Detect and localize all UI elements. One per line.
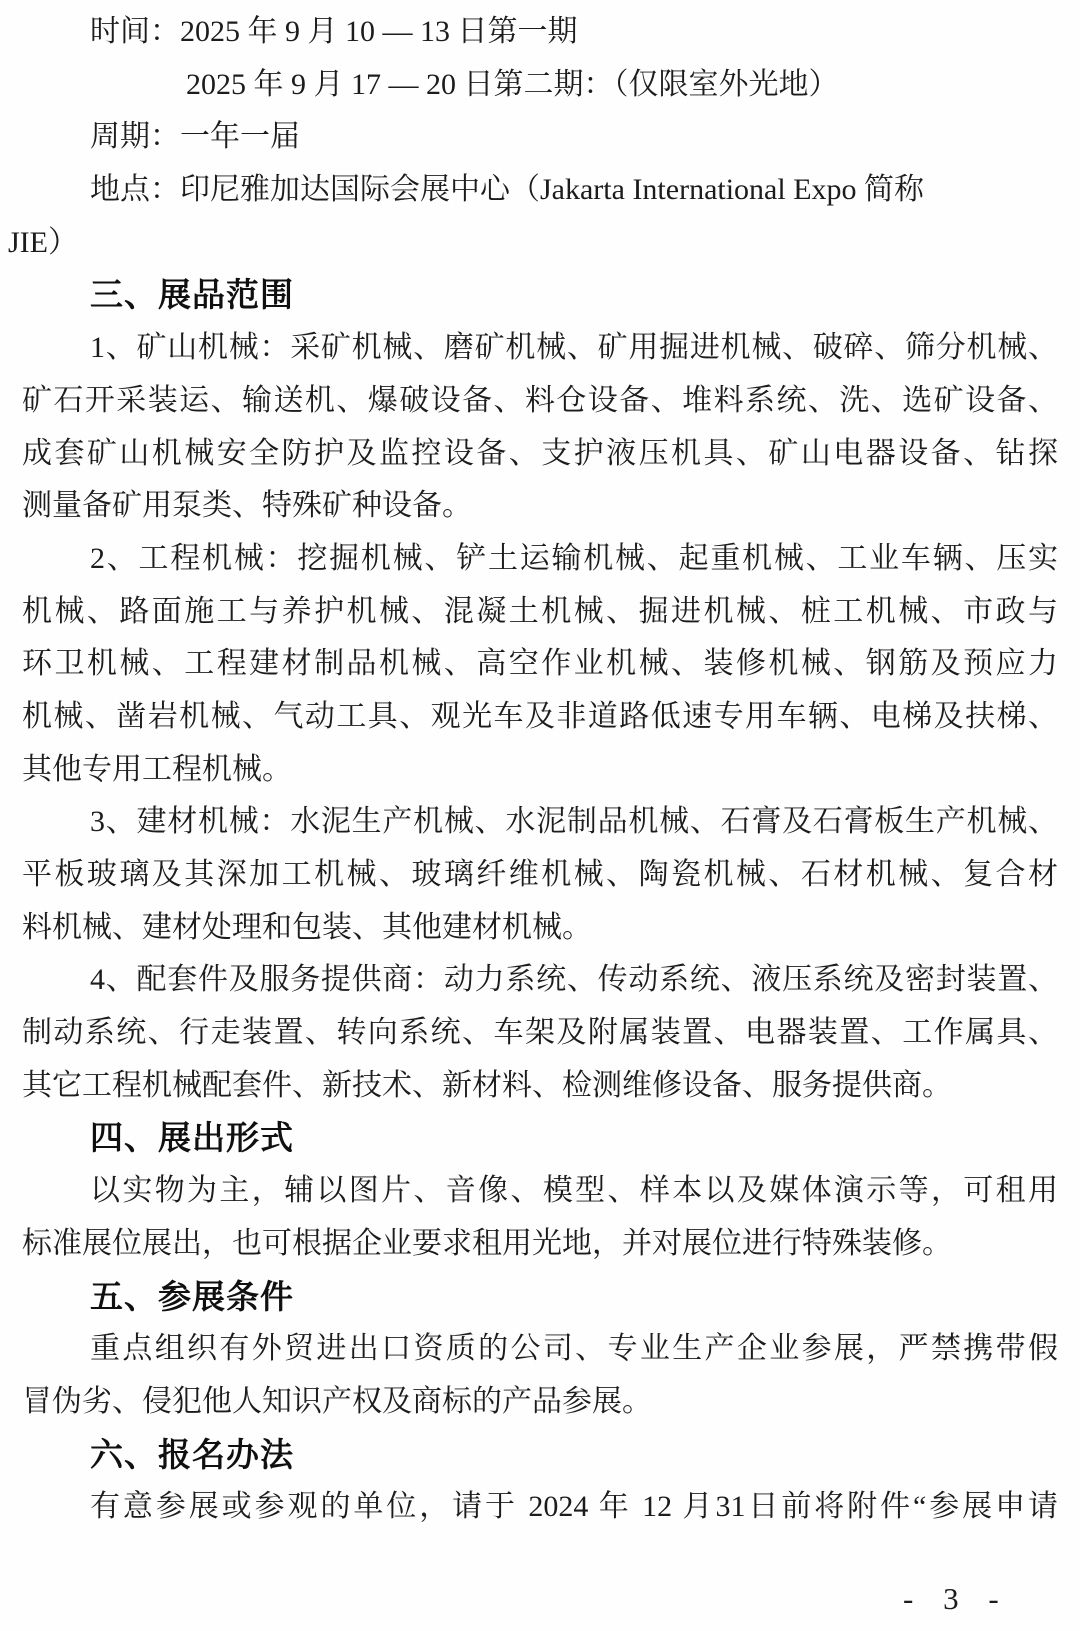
text-line: 4、配套件及服务提供商：动力系统、传动系统、液压系统及密封装置、 [22,954,1058,1007]
heading-exhibit-format: 四、展出形式 [22,1112,1058,1165]
text-line: 重点组织有外贸进出口资质的公司、专业生产企业参展，严禁携带假 [22,1323,1058,1376]
text-line: 测量备矿用泵类、特殊矿种设备。 [22,480,1058,533]
text-line: 料机械、建材处理和包装、其他建材机械。 [22,902,1058,955]
time-line-1: 时间：2025 年 9 月 10 — 13 日第一期 [22,6,1058,59]
text-line: 2、工程机械：挖掘机械、铲土运输机械、起重机械、工业车辆、压实 [22,533,1058,586]
text-line: 以实物为主，辅以图片、音像、模型、样本以及媒体演示等，可租用 [22,1165,1058,1218]
cycle-line: 周期：一年一届 [22,111,1058,164]
text-line: 矿石开采装运、输送机、爆破设备、料仓设备、堆料系统、洗、选矿设备、 [22,375,1058,428]
text-line: 环卫机械、工程建材制品机械、高空作业机械、装修机械、钢筋及预应力 [22,638,1058,691]
text-line: 有意参展或参观的单位，请于 2024 年 12 月31日前将附件“参展申请 [22,1481,1058,1534]
text-line: 1、矿山机械：采矿机械、磨矿机械、矿用掘进机械、破碎、筛分机械、 [22,322,1058,375]
document-body: 时间：2025 年 9 月 10 — 13 日第一期 2025 年 9 月 17… [22,6,1058,1534]
venue-line-2: JIE） [8,217,1058,270]
text-line: 标准展位展出，也可根据企业要求租用光地，并对展位进行特殊装修。 [22,1218,1058,1271]
heading-exhibit-scope: 三、展品范围 [22,269,1058,322]
text-line: 机械、路面施工与养护机械、混凝土机械、掘进机械、桩工机械、市政与 [22,586,1058,639]
time-line-2: 2025 年 9 月 17 — 20 日第二期：（仅限室外光地） [22,59,1058,112]
text-line: 平板玻璃及其深加工机械、玻璃纤维机械、陶瓷机械、石材机械、复合材 [22,849,1058,902]
text-line: 其他专用工程机械。 [22,744,1058,797]
venue-line-1: 地点：印尼雅加达国际会展中心（Jakarta International Exp… [22,164,1058,217]
page-number: - 3 - [903,1581,1004,1617]
heading-registration: 六、报名办法 [22,1429,1058,1482]
text-line: 制动系统、行走装置、转向系统、车架及附属装置、电器装置、工作属具、 [22,1007,1058,1060]
text-line: 其它工程机械配套件、新技术、新材料、检测维修设备、服务提供商。 [22,1060,1058,1113]
text-line: 机械、凿岩机械、气动工具、观光车及非道路低速专用车辆、电梯及扶梯、 [22,691,1058,744]
text-line: 成套矿山机械安全防护及监控设备、支护液压机具、矿山电器设备、钻探 [22,428,1058,481]
text-line: 冒伪劣、侵犯他人知识产权及商标的产品参展。 [22,1376,1058,1429]
text-line: 3、建材机械：水泥生产机械、水泥制品机械、石膏及石膏板生产机械、 [22,796,1058,849]
document-page: 时间：2025 年 9 月 10 — 13 日第一期 2025 年 9 月 17… [0,0,1080,1631]
heading-conditions: 五、参展条件 [22,1271,1058,1324]
